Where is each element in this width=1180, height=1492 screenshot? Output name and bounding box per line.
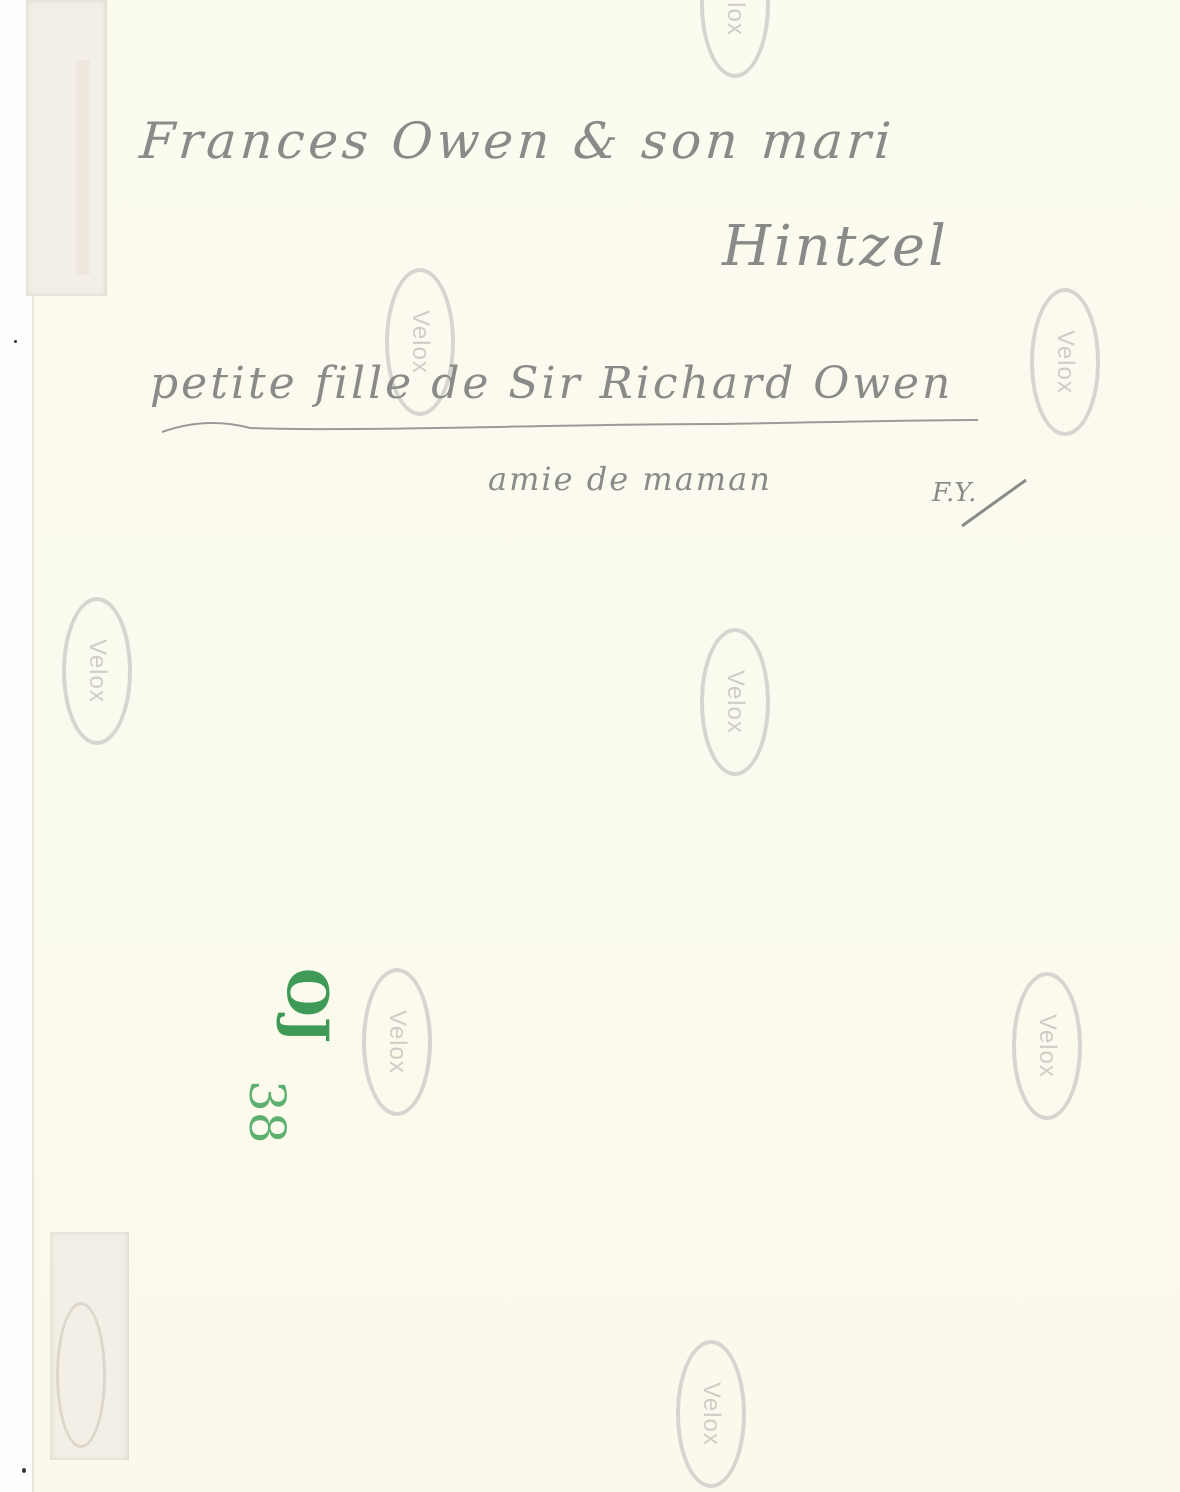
inventory-stamp-number: 38 bbox=[238, 1080, 296, 1144]
inscription-relation: petite fille de Sir Richard Owen bbox=[150, 358, 953, 409]
pencil-slash-mark bbox=[960, 470, 1030, 530]
card-edge bbox=[32, 295, 34, 1492]
velox-watermark: Velox bbox=[362, 968, 432, 1116]
inventory-stamp-prefix: OJ bbox=[274, 968, 340, 1043]
velox-watermark: Velox bbox=[62, 597, 132, 745]
dust-speck bbox=[22, 1468, 26, 1473]
inscription-names: Frances Owen & son mari bbox=[138, 112, 897, 170]
dust-speck bbox=[14, 340, 17, 343]
pencil-underline bbox=[160, 418, 980, 438]
adhesive-tape-top bbox=[26, 0, 107, 296]
photo-card-back bbox=[32, 0, 1180, 1492]
velox-watermark: Velox bbox=[1030, 288, 1100, 436]
velox-watermark: Velox bbox=[1012, 972, 1082, 1120]
adhesive-tape-bottom bbox=[50, 1232, 129, 1460]
inscription-surname: Hintzel bbox=[722, 214, 949, 279]
velox-watermark: Velox bbox=[676, 1340, 746, 1488]
inscription-note: amie de maman bbox=[488, 460, 772, 498]
velox-watermark: Velox bbox=[700, 628, 770, 776]
